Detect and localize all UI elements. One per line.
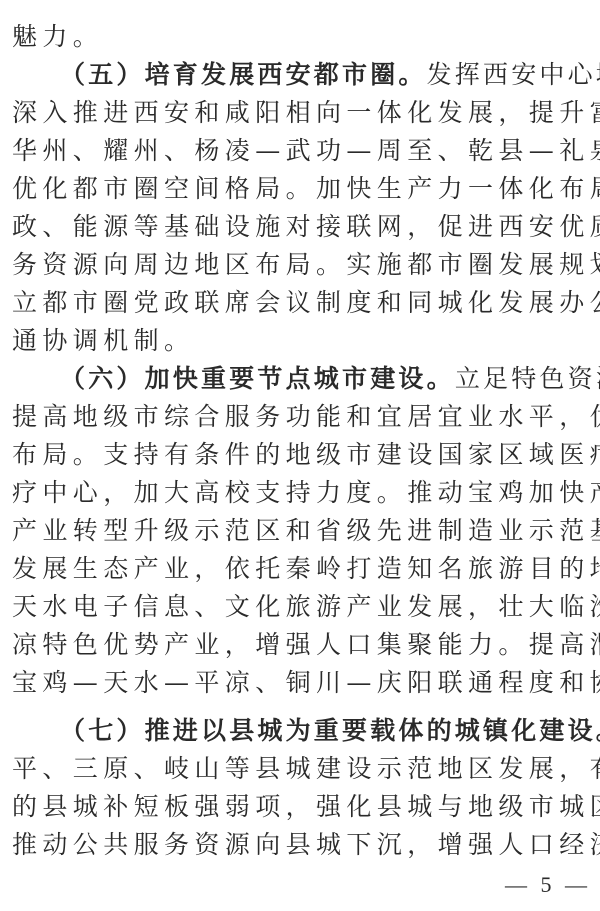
text-line: 务资源向周边地区布局。实施都市圈发展规划，支持西安牵头建 (12, 250, 592, 280)
text-line: 通协调机制。 (12, 326, 592, 356)
paragraph-text: 发挥西安中心城区引领作用， (427, 60, 600, 89)
text-line: 凉特色优势产业，增强人口集聚能力。提高渭南—运城—临汾、 (12, 630, 592, 660)
text-line: 产业转型升级示范区和省级先进制造业示范基地。推动商洛大力 (12, 516, 592, 546)
section-five-first-line: （五）培育发展西安都市圈。发挥西安中心城区引领作用， (60, 60, 592, 90)
paragraph-text: 魅力。 (12, 22, 103, 51)
paragraph-text: 的县城补短板强弱项，强化县城与地级市城区的基础设施连接， (12, 792, 600, 821)
paragraph-text: 宝鸡—天水—平凉、铜川—庆阳联通程度和协作水平。 (12, 668, 600, 697)
text-line: 的县城补短板强弱项，强化县城与地级市城区的基础设施连接， (12, 792, 592, 822)
paragraph-text: 天水电子信息、文化旅游产业发展，壮大临汾、运城、庆阳、平 (12, 592, 600, 621)
text-line: 发展生态产业，依托秦岭打造知名旅游目的地和康养城市。推动 (12, 554, 592, 584)
paragraph-text: 布局。支持有条件的地级市建设国家区域医疗中心和省级区域医 (12, 440, 600, 469)
paragraph-text: 立都市圈党政联席会议制度和同城化发展办公室，完善常态化沟 (12, 288, 600, 317)
paragraph-text: 优化都市圈空间格局。加快生产力一体化布局，因地制宜推动市 (12, 174, 600, 203)
text-line: 提高地级市综合服务功能和宜居宜业水平，优化城市群人口经济 (12, 402, 592, 432)
section-six-first-line: （六）加快重要节点城市建设。立足特色资源和产业基础， (60, 364, 592, 394)
document-page: 魅力。 （五）培育发展西安都市圈。发挥西安中心城区引领作用， 深入推进西安和咸阳… (0, 0, 600, 911)
text-line: 华州、耀州、杨凌—武功—周至、乾县—礼泉等外围组团功能， (12, 136, 592, 166)
section-heading-six: （六）加快重要节点城市建设。 (60, 364, 455, 393)
text-line: 天水电子信息、文化旅游产业发展，壮大临汾、运城、庆阳、平 (12, 592, 592, 622)
paragraph-text: 通协调机制。 (12, 326, 194, 355)
text-line: 推动公共服务资源向县城下沉，增强人口经济承载能力。推动产 (12, 830, 592, 860)
section-heading-seven: （七）推进以县城为重要载体的城镇化建设。 (60, 716, 600, 745)
paragraph-text: 推动公共服务资源向县城下沉，增强人口经济承载能力。推动产 (12, 830, 600, 859)
paragraph-text: 凉特色优势产业，增强人口集聚能力。提高渭南—运城—临汾、 (12, 630, 600, 659)
paragraph-text: 华州、耀州、杨凌—武功—周至、乾县—礼泉等外围组团功能， (12, 136, 600, 165)
text-line: 优化都市圈空间格局。加快生产力一体化布局，因地制宜推动市 (12, 174, 592, 204)
paragraph-text: 产业转型升级示范区和省级先进制造业示范基地。推动商洛大力 (12, 516, 600, 545)
section-heading-five: （五）培育发展西安都市圈。 (60, 60, 427, 89)
paragraph-text: 发展生态产业，依托秦岭打造知名旅游目的地和康养城市。推动 (12, 554, 600, 583)
text-line: 宝鸡—天水—平凉、铜川—庆阳联通程度和协作水平。 (12, 668, 592, 698)
paragraph-text: 提高地级市综合服务功能和宜居宜业水平，优化城市群人口经济 (12, 402, 600, 431)
page-number: — 5 — (505, 870, 591, 900)
text-line: 立都市圈党政联席会议制度和同城化发展办公室，完善常态化沟 (12, 288, 592, 318)
paragraph-text: 深入推进西安和咸阳相向一体化发展，提升富平—阎良、临渭— (12, 98, 600, 127)
paragraph-text: 疗中心，加大高校支持力度。推动宝鸡加快产业结构调整，建设 (12, 478, 600, 507)
text-line: 政、能源等基础设施对接联网，促进西安优质教育医疗等公共服 (12, 212, 592, 242)
text-line: 魅力。 (12, 22, 592, 52)
section-seven-first-line: （七）推进以县城为重要载体的城镇化建设。高质量推进富 (60, 716, 592, 746)
paragraph-text: 政、能源等基础设施对接联网，促进西安优质教育医疗等公共服 (12, 212, 600, 241)
text-line: 布局。支持有条件的地级市建设国家区域医疗中心和省级区域医 (12, 440, 592, 470)
paragraph-text: 务资源向周边地区布局。实施都市圈发展规划，支持西安牵头建 (12, 250, 600, 279)
paragraph-text: 平、三原、岐山等县城建设示范地区发展，有序支持其他有条件 (12, 754, 600, 783)
paragraph-text: 立足特色资源和产业基础， (455, 364, 600, 393)
text-line: 平、三原、岐山等县城建设示范地区发展，有序支持其他有条件 (12, 754, 592, 784)
text-line: 疗中心，加大高校支持力度。推动宝鸡加快产业结构调整，建设 (12, 478, 592, 508)
text-line: 深入推进西安和咸阳相向一体化发展，提升富平—阎良、临渭— (12, 98, 592, 128)
